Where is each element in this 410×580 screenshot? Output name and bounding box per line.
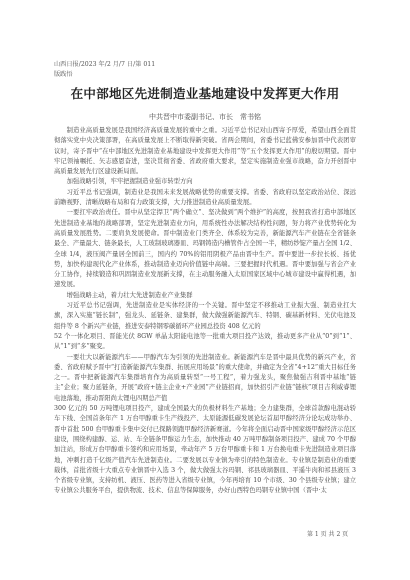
source-line: 山西日报/2023 年/2 月/7 日/第 011 <box>54 60 155 70</box>
article-author: 中共晋中市委副书记、市长 常书铭 <box>0 112 410 122</box>
paragraph: 52 个一体化项目、晋能光伏 8GW 单晶太阳能电池等一批重大项目投产达效，推动… <box>54 332 356 353</box>
paragraph: 习近平总书记强调，制造业是我国未来发展战略优势的重要支撑。省委、省政府以坚定政治… <box>54 188 356 209</box>
paragraph: 300 亿元的 50 万吨锂电项目投产，建成全国最大的负极材料生产基地；全力建集… <box>54 404 356 497</box>
paragraph: 一要壮大以新能源汽车——甲醇汽车为引领的先进制造业。新能源汽车是晋中最具优势的新… <box>54 353 356 404</box>
page-indicator: 第 1 页 共 2 页 <box>307 529 348 538</box>
paragraph: 一要扛牢政治责任。晋中从坚定捍卫“两个确立”、坚决做到“两个维护”的高度，按照我… <box>54 208 356 290</box>
article-title: 在中部地区先进制造业基地建设中发挥更大作用 <box>0 84 410 102</box>
section-heading: 增强战略主动，着力壮大先进制造业产业集群 <box>54 291 356 301</box>
publication-meta: 山西日报/2023 年/2 月/7 日/第 011 版践悟 <box>54 60 155 80</box>
paragraph: 习近平总书记强调，先进制造业是实体经济的一个关键。晋中坚定不移推动工业振大强、制… <box>54 301 356 332</box>
paragraph: 制造业高质量发展是我国经济高质量发展的重中之重。习近平总书记对山西寄予厚爱，希望… <box>54 126 356 177</box>
section-heading: 加强战略引领，牢牢把握制造业强市转型方向 <box>54 177 356 187</box>
section-label: 版践悟 <box>54 70 155 80</box>
article-body: 制造业高质量发展是我国经济高质量发展的重中之重。习近平总书记对山西寄予厚爱，希望… <box>54 126 356 497</box>
document-page: 山西日报/2023 年/2 月/7 日/第 011 版践悟 在中部地区先进制造业… <box>0 0 410 580</box>
